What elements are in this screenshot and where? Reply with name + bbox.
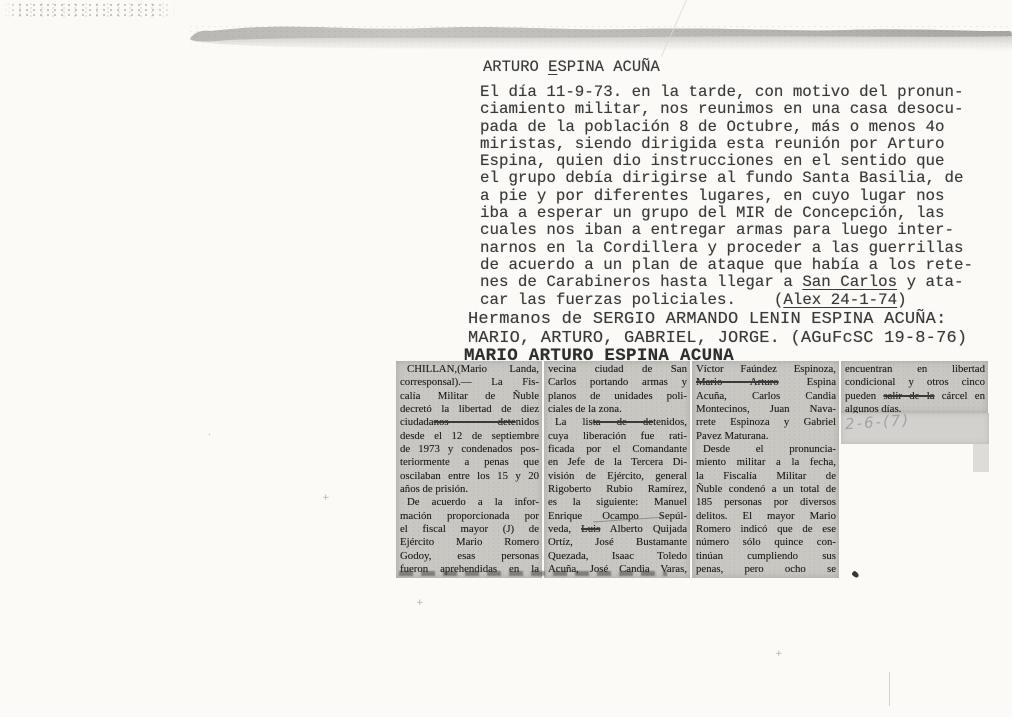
pencil-speckle-band	[4, 3, 176, 18]
typed-brothers-note: Hermanos de SERGIO ARMANDO LENIN ESPINA …	[468, 311, 967, 348]
clipping-column-3: Víctor Faúndez Espinoza,Mario Arturo Esp…	[692, 361, 839, 578]
clipping-column-1: CHILLAN,(Mario Landa,corresponsal).— La …	[396, 361, 542, 578]
dust-speck: +	[416, 598, 424, 608]
typed-testimony-paragraph: El día 11-9-73. en la tarde, con motivo …	[480, 84, 973, 309]
scanned-document-page: ARTURO ESPINA ACUÑA El día 11-9-73. en l…	[0, 0, 1012, 717]
dust-speck: .	[208, 428, 211, 438]
cut-text-smudge	[399, 571, 667, 576]
dust-speck: +	[322, 493, 330, 503]
typed-heading-arturo-espina-acuna: ARTURO ESPINA ACUÑA	[483, 58, 660, 76]
dust-speck: +	[775, 649, 783, 659]
clipping-column-4-gray-strip	[973, 444, 989, 472]
torn-edge-noise	[188, 24, 1012, 52]
scan-line-artifact	[889, 672, 890, 706]
newspaper-clipping: CHILLAN,(Mario Landa,corresponsal).— La …	[396, 361, 990, 579]
clipping-column-2: vecina ciudad de SanCarlos portando arma…	[544, 361, 690, 578]
clipping-column-4: encuentran en libertadcondicional y otro…	[841, 361, 988, 413]
